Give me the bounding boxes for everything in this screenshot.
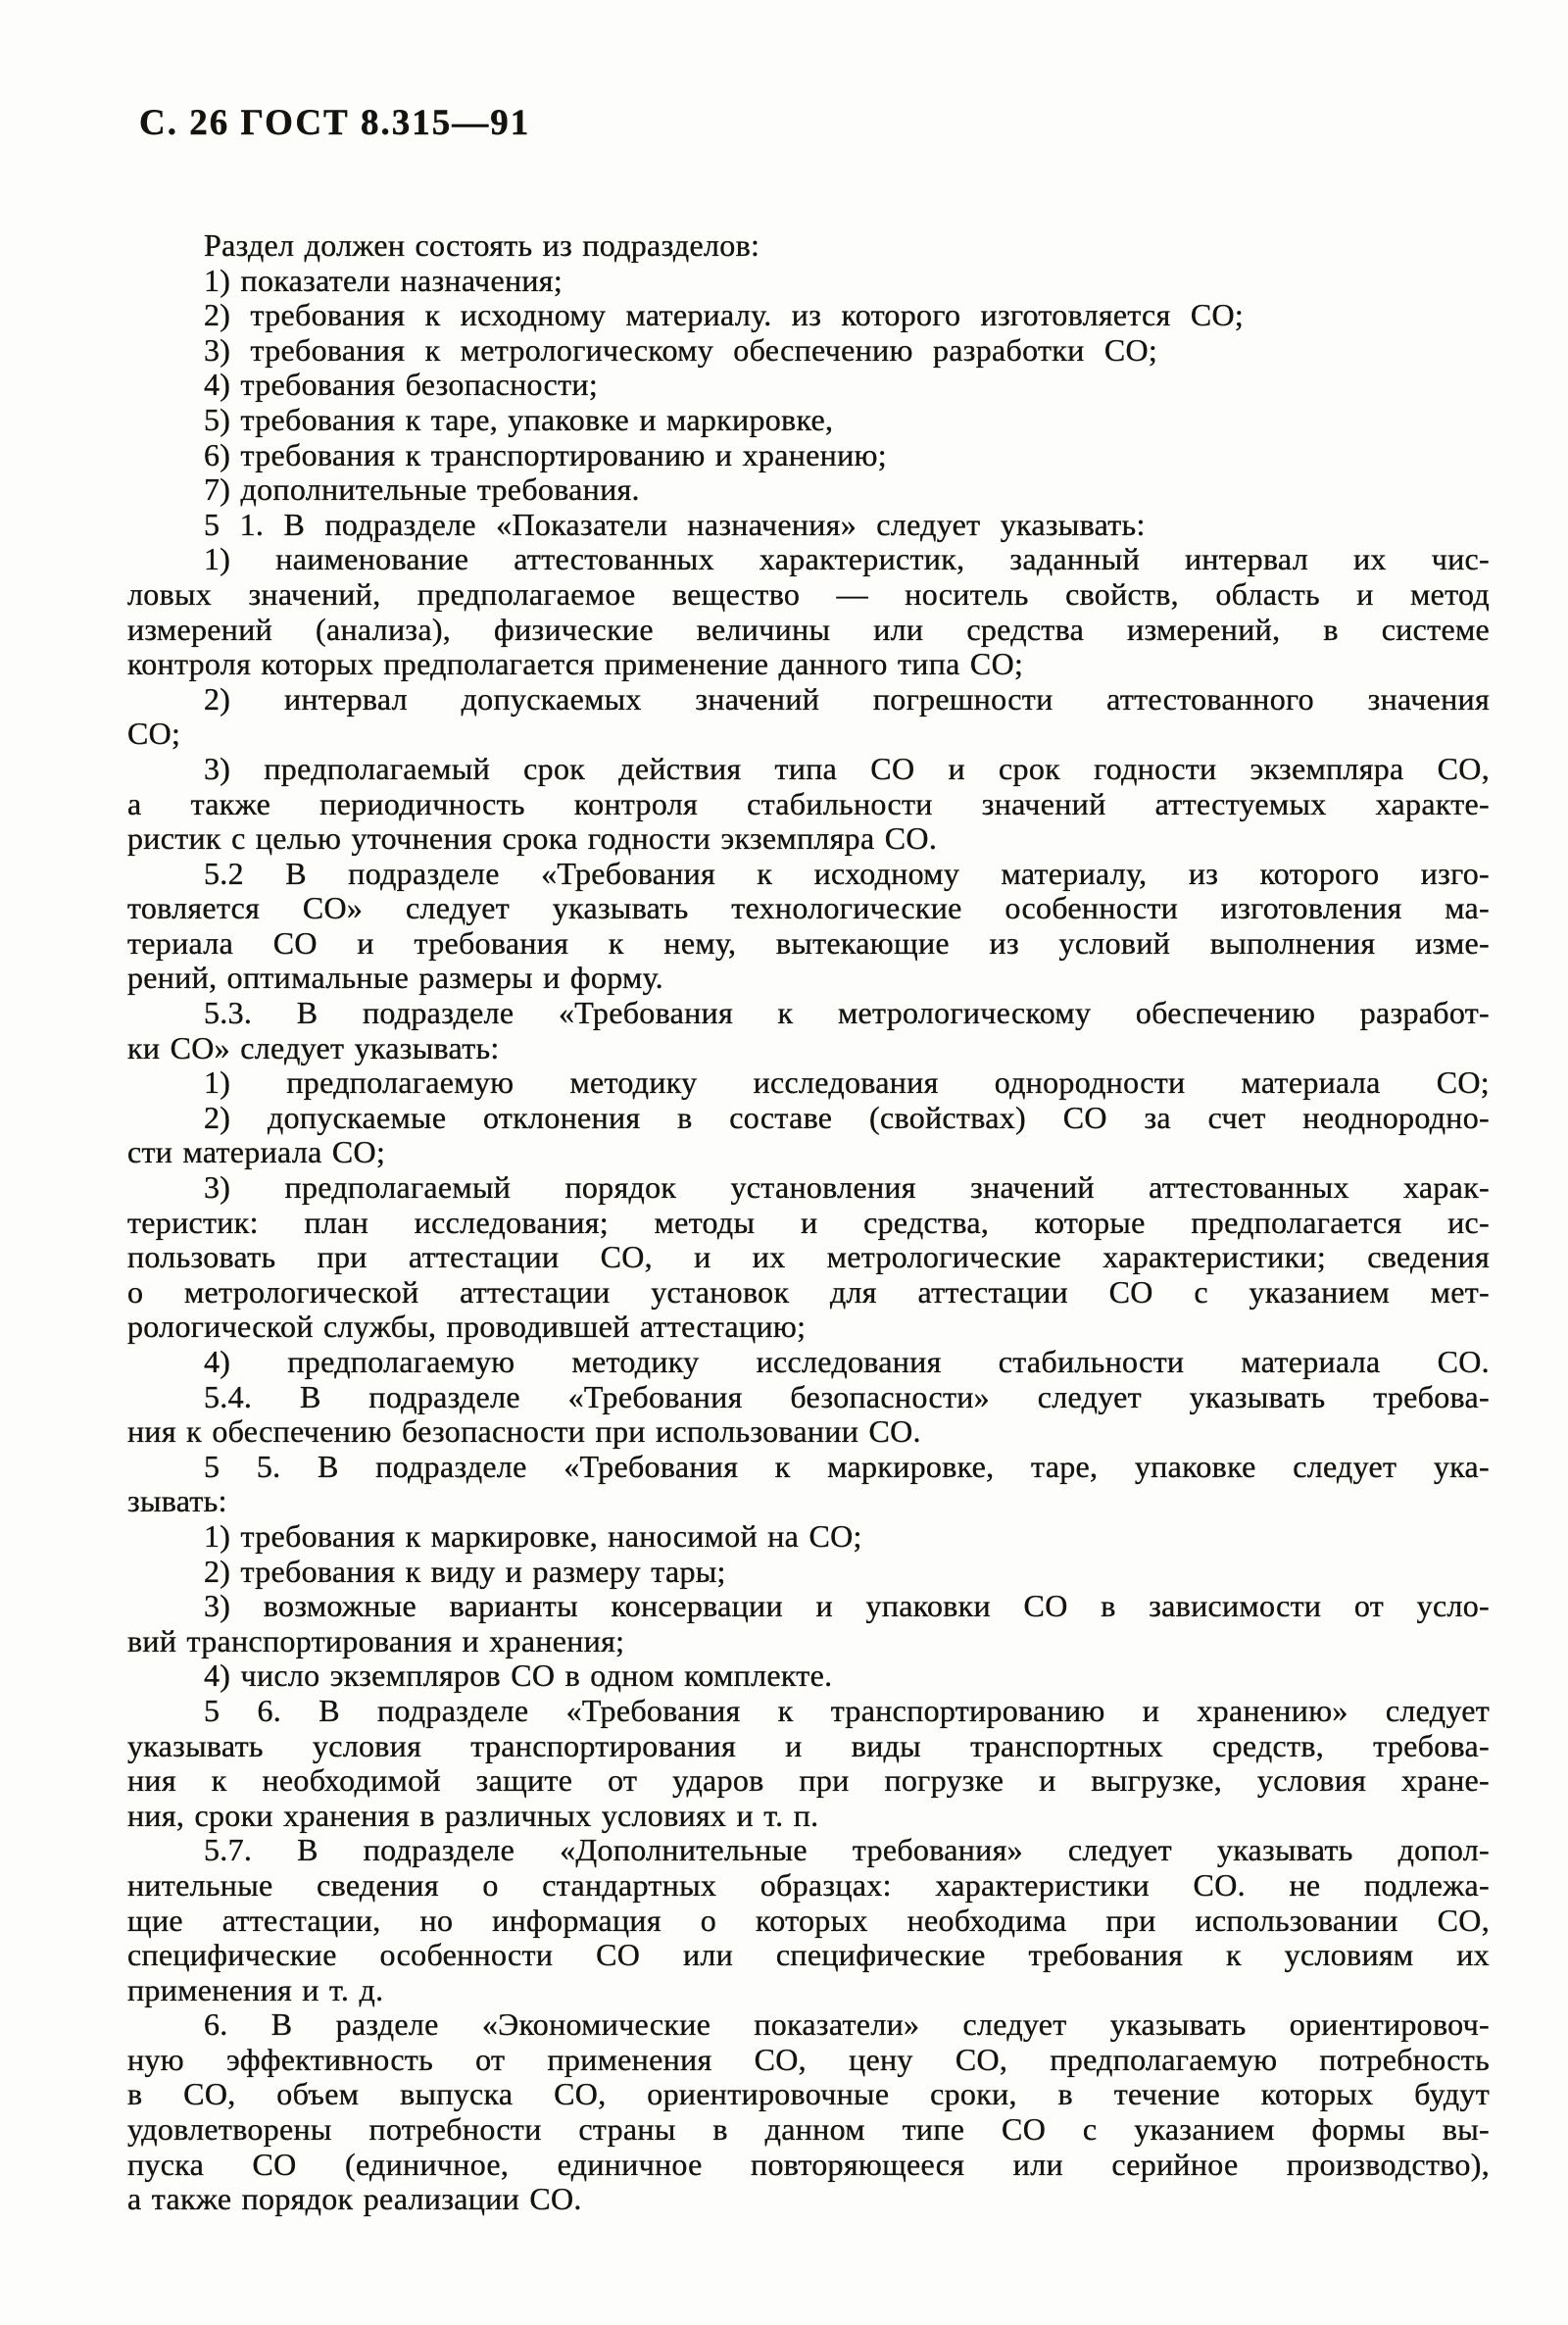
paragraph: 2) требования к виду и размеру тары; <box>127 1555 1490 1590</box>
paragraph: 5 5. В подразделе «Требования к маркиров… <box>127 1450 1490 1519</box>
text-line: 1) показатели назначения; <box>127 264 1490 299</box>
text-line: 1) требования к маркировке, наносимой на… <box>127 1519 1490 1555</box>
text-line: 5.4. В подразделе «Требования безопаснос… <box>127 1380 1490 1415</box>
text-line: 1) предполагаемую методику исследования … <box>127 1065 1490 1101</box>
text-line: 3) требования к метрологическому обеспеч… <box>127 333 1490 369</box>
paragraph: 3) возможные варианты консервации и упак… <box>127 1589 1490 1658</box>
text-line: ки СО» следует указывать: <box>127 1031 1490 1066</box>
paragraph: 5.2 В подразделе «Требования к исходному… <box>127 857 1490 996</box>
paragraph: 2) требования к исходному материалу. из … <box>127 298 1490 333</box>
paragraph: 6. В разделе «Экономические показатели» … <box>127 2007 1490 2217</box>
text-line: 4) предполагаемую методику исследования … <box>127 1345 1490 1380</box>
text-line: пользовать при аттестации СО, и их метро… <box>127 1240 1490 1275</box>
paragraph: 7) дополнительные требования. <box>127 472 1490 508</box>
paragraph: 1) предполагаемую методику исследования … <box>127 1065 1490 1101</box>
text-line: 2) требования к исходному материалу. из … <box>127 298 1490 333</box>
paragraph: 4) предполагаемую методику исследования … <box>127 1345 1490 1380</box>
text-line: 3) предполагаемый срок действия типа СО … <box>127 752 1490 787</box>
text-line: контроля которых предполагается применен… <box>127 647 1490 682</box>
text-line: ния к обеспечению безопасности при испол… <box>127 1414 1490 1450</box>
text-line: 5.3. В подразделе «Требования к метролог… <box>127 996 1490 1031</box>
text-line: удовлетворены потребности страны в данно… <box>127 2112 1490 2148</box>
text-line: щие аттестации, но информация о которых … <box>127 1904 1490 1939</box>
text-line: в СО, объем выпуска СО, ориентировочные … <box>127 2077 1490 2112</box>
text-line: 3) предполагаемый порядок установления з… <box>127 1170 1490 1206</box>
text-line: зывать: <box>127 1484 1490 1519</box>
paragraph: 1) требования к маркировке, наносимой на… <box>127 1519 1490 1555</box>
paragraph: 5 1. В подразделе «Показатели назначения… <box>127 508 1490 543</box>
text-line: пуска СО (единичное, единичное повторяющ… <box>127 2148 1490 2183</box>
paragraph: 2) интервал допускаемых значений погрешн… <box>127 682 1490 752</box>
text-line: 5 5. В подразделе «Требования к маркиров… <box>127 1450 1490 1485</box>
text-line: 4) число экземпляров СО в одном комплект… <box>127 1658 1490 1694</box>
text-line: 5.7. В подразделе «Дополнительные требов… <box>127 1833 1490 1868</box>
text-line: ристик с целью уточнения срока годности … <box>127 821 1490 857</box>
text-line: 2) требования к виду и размеру тары; <box>127 1555 1490 1590</box>
document-body: Раздел должен состоять из подразделов:1)… <box>127 228 1490 2217</box>
text-line: 2) интервал допускаемых значений погрешн… <box>127 682 1490 717</box>
paragraph: 5.4. В подразделе «Требования безопаснос… <box>127 1380 1490 1450</box>
text-line: ную эффективность от применения СО, цену… <box>127 2043 1490 2078</box>
text-line: 5 6. В подразделе «Требования к транспор… <box>127 1694 1490 1729</box>
text-line: 1) наименование аттестованных характерис… <box>127 542 1490 577</box>
paragraph: 3) предполагаемый порядок установления з… <box>127 1170 1490 1345</box>
text-line: товляется СО» следует указывать технолог… <box>127 891 1490 926</box>
text-line: а также порядок реализации СО. <box>127 2182 1490 2217</box>
text-line: измерений (анализа), физические величины… <box>127 613 1490 648</box>
text-line: СО; <box>127 717 1490 752</box>
text-line: 4) требования безопасности; <box>127 368 1490 403</box>
text-line: рологической службы, проводившей аттеста… <box>127 1310 1490 1345</box>
paragraph: 2) допускаемые отклонения в составе (сво… <box>127 1101 1490 1170</box>
text-line: ния к необходимой защите от ударов при п… <box>127 1763 1490 1799</box>
paragraph: 5) требования к таре, упаковке и маркиро… <box>127 403 1490 438</box>
text-line: 7) дополнительные требования. <box>127 472 1490 508</box>
paragraph: 5 6. В подразделе «Требования к транспор… <box>127 1694 1490 1833</box>
paragraph: 6) требования к транспортированию и хран… <box>127 438 1490 473</box>
paragraph: Раздел должен состоять из подразделов: <box>127 228 1490 264</box>
text-line: указывать условия транспортирования и ви… <box>127 1729 1490 1764</box>
text-line: ния, сроки хранения в различных условиях… <box>127 1799 1490 1834</box>
paragraph: 5.7. В подразделе «Дополнительные требов… <box>127 1833 1490 2007</box>
text-line: 5 1. В подразделе «Показатели назначения… <box>127 508 1490 543</box>
text-line: териала СО и требования к нему, вытекающ… <box>127 926 1490 962</box>
text-line: 6) требования к транспортированию и хран… <box>127 438 1490 473</box>
paragraph: 3) предполагаемый срок действия типа СО … <box>127 752 1490 857</box>
text-line: 6. В разделе «Экономические показатели» … <box>127 2007 1490 2043</box>
text-line: Раздел должен состоять из подразделов: <box>127 228 1490 264</box>
text-line: ловых значений, предполагаемое вещество … <box>127 577 1490 613</box>
text-line: вий транспортирования и хранения; <box>127 1624 1490 1659</box>
paragraph: 4) требования безопасности; <box>127 368 1490 403</box>
text-line: нительные сведения о стандартных образца… <box>127 1868 1490 1904</box>
paragraph: 5.3. В подразделе «Требования к метролог… <box>127 996 1490 1065</box>
text-line: 5.2 В подразделе «Требования к исходному… <box>127 857 1490 892</box>
text-line: а также периодичность контроля стабильно… <box>127 787 1490 822</box>
paragraph: 3) требования к метрологическому обеспеч… <box>127 333 1490 369</box>
paragraph: 4) число экземпляров СО в одном комплект… <box>127 1658 1490 1694</box>
text-line: специфические особенности СО или специфи… <box>127 1938 1490 1973</box>
text-line: теристик: план исследования; методы и ср… <box>127 1206 1490 1241</box>
text-line: рений, оптимальные размеры и форму. <box>127 961 1490 996</box>
text-line: сти материала СО; <box>127 1135 1490 1170</box>
text-line: 2) допускаемые отклонения в составе (сво… <box>127 1101 1490 1136</box>
document-page: С. 26 ГОСТ 8.315—91 Раздел должен состоя… <box>0 0 1568 2325</box>
text-line: 5) требования к таре, упаковке и маркиро… <box>127 403 1490 438</box>
page-header: С. 26 ГОСТ 8.315—91 <box>139 102 530 144</box>
text-line: 3) возможные варианты консервации и упак… <box>127 1589 1490 1624</box>
text-line: о метрологической аттестации установок д… <box>127 1275 1490 1311</box>
paragraph: 1) показатели назначения; <box>127 264 1490 299</box>
text-line: применения и т. д. <box>127 1973 1490 2008</box>
paragraph: 1) наименование аттестованных характерис… <box>127 542 1490 681</box>
